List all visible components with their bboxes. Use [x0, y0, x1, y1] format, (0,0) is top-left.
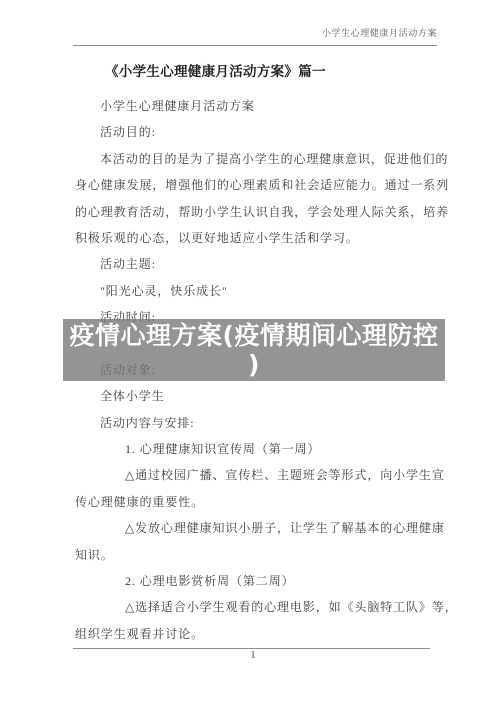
text-line: 1. 心理健康知识宣传周（第一周）: [75, 436, 445, 462]
text-line: 本活动的目的是为了提高小学生的心理健康意识，促进他们的: [75, 146, 445, 172]
text-line: △发放心理健康知识小册子，让学生了解基本的心理健康: [75, 515, 445, 541]
text-line: 组织学生观看并讨论。: [75, 621, 445, 647]
document-page: 小学生心理健康月活动方案 《小学生心理健康月活动方案》篇一 小学生心理健康月活动…: [0, 0, 500, 706]
page-number: 1: [73, 650, 433, 661]
text-line: 身心健康发展，增强他们的心理素质和社会适应能力。通过一系列: [75, 172, 445, 198]
text-line: "阳光心灵，快乐成长": [75, 278, 445, 304]
text-line: 的心理教育活动，帮助小学生认识自我，学会处理人际关系，培养: [75, 199, 445, 225]
page-header: 小学生心理健康月活动方案: [73, 26, 437, 39]
text-line: 活动主题:: [75, 251, 445, 277]
footer-rule: [73, 648, 430, 649]
text-line: 活动内容与安排:: [75, 410, 445, 436]
text-line: 2. 心理电影赏析周（第二周）: [75, 568, 445, 594]
page-title: 《小学生心理健康月活动方案》篇一: [105, 60, 326, 80]
text-line: △通过校园广播、宣传栏、主题班会等形式，向小学生宣: [75, 462, 445, 488]
text-line: 小学生心理健康月活动方案: [75, 93, 445, 119]
header-rule: [73, 45, 437, 46]
watermark-title-line1: 疫情心理方案(疫情期间心理防控: [63, 321, 445, 350]
header-doc-title: 小学生心理健康月活动方案: [322, 28, 437, 38]
text-line: 知识。: [75, 542, 445, 568]
text-line: 活动目的:: [75, 119, 445, 145]
watermark-banner: 疫情心理方案(疫情期间心理防控 ): [63, 319, 445, 381]
text-line: △选择适合小学生观看的心理电影，如《头脑特工队》等，: [75, 594, 445, 620]
text-line: 传心理健康的重要性。: [75, 489, 445, 515]
watermark-title-line2: ): [63, 350, 445, 379]
text-line: 全体小学生: [75, 383, 445, 409]
text-line: 积极乐观的心态，以更好地适应小学生活和学习。: [75, 225, 445, 251]
